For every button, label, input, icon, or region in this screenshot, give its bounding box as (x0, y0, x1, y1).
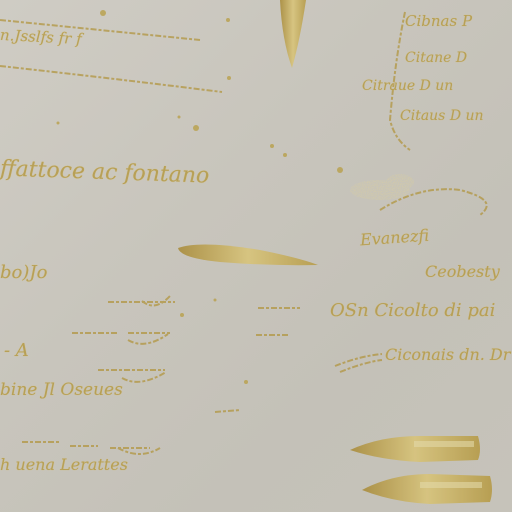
handwriting-text: Citane D (405, 50, 467, 66)
handwriting-text: Cibnas P (405, 12, 472, 30)
handwriting-text: OSn Cicolto di pai (330, 300, 495, 321)
handwriting-text: h uena Lerattes (0, 455, 128, 474)
handwriting-text: bine Jl Oseues (0, 380, 123, 400)
foil-paper-photo: n.Jsslfs fr fffattoce ac fontanobo)Jo- A… (0, 0, 512, 512)
gold-foil-artwork (0, 0, 512, 512)
handwriting-text: Ceobesty (425, 262, 500, 281)
handwriting-text: - A (4, 340, 29, 361)
handwriting-text: Citraue D un (362, 78, 453, 94)
handwriting-text: Ciconais dn. Dr (385, 345, 510, 364)
handwriting-text: Citaus D un (400, 108, 484, 124)
handwriting-text: bo)Jo (0, 262, 47, 283)
